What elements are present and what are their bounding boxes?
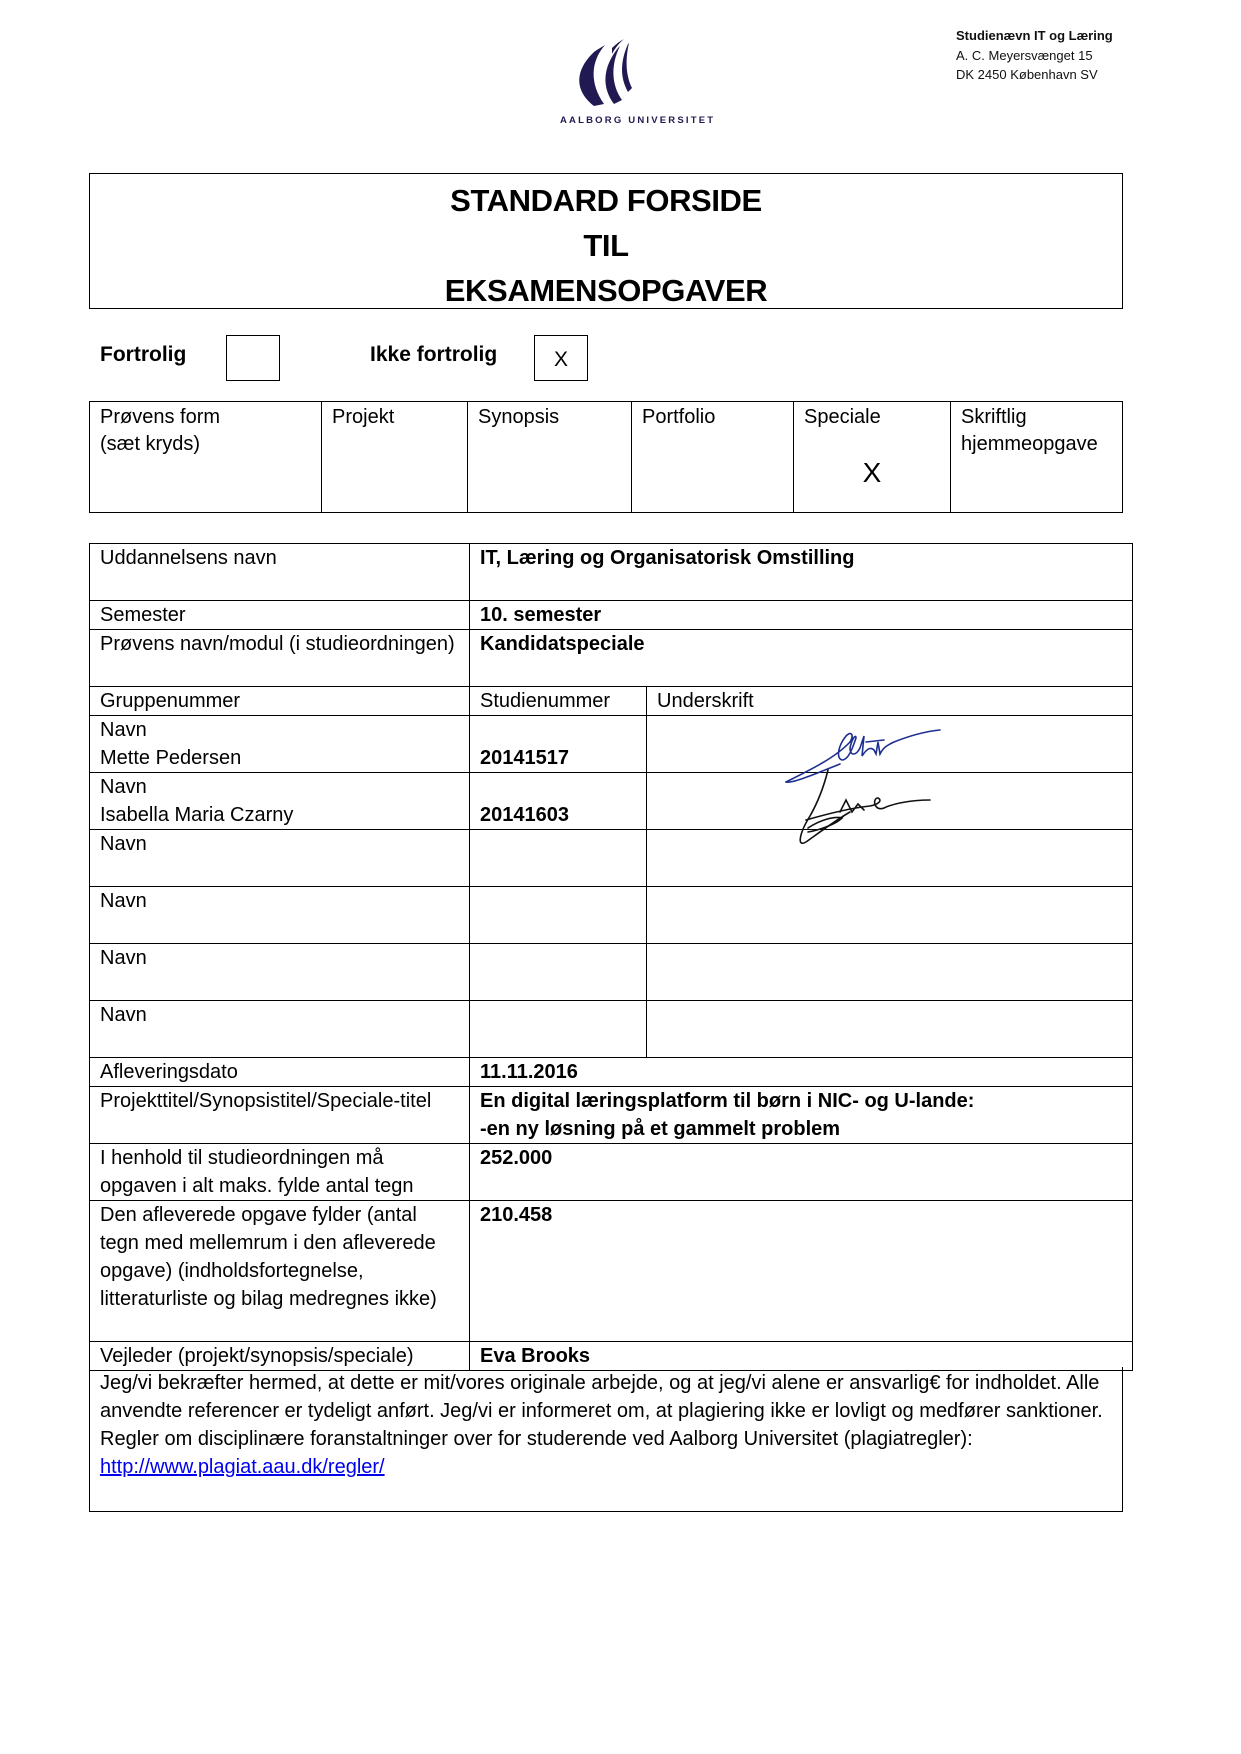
address-line: DK 2450 København SV (956, 65, 1113, 85)
thesis-title-line: En digital læringsplatform til børn i NI… (480, 1087, 1122, 1115)
student-name: Isabella Maria Czarny (100, 801, 459, 829)
student-row: Navn Isabella Maria Czarny 20141603 (90, 773, 1133, 830)
not-confidential-checkbox[interactable]: X (534, 335, 588, 381)
title-box: STANDARD FORSIDE TIL EKSAMENSOPGAVER (89, 173, 1123, 309)
student-row: Navn (90, 887, 1133, 944)
title-line: EKSAMENSOPGAVER (90, 268, 1122, 313)
not-confidential-label: Ikke fortrolig (370, 343, 497, 367)
university-wordmark: AALBORG UNIVERSITET (560, 115, 690, 126)
table-row: I henhold til studieordningen må opgaven… (90, 1144, 1133, 1201)
statement-text: Jeg/vi bekræfter hermed, at dette er mit… (100, 1372, 1103, 1450)
thesis-title-label: Projekttitel/Synopsistitel/Speciale-tite… (90, 1087, 470, 1144)
thesis-title-line: -en ny løsning på et gammelt problem (480, 1115, 1122, 1143)
student-name-cell[interactable]: Navn (90, 944, 470, 1001)
table-row: Uddannelsens navn IT, Læring og Organisa… (90, 544, 1133, 601)
submission-date-label: Afleveringsdato (90, 1058, 470, 1087)
student-row: Navn (90, 830, 1133, 887)
signature-cell[interactable] (647, 773, 1133, 830)
student-number[interactable]: 20141603 (470, 773, 647, 830)
table-row: Projekttitel/Synopsistitel/Speciale-tite… (90, 1087, 1133, 1144)
signature-cell[interactable] (647, 887, 1133, 944)
student-number[interactable] (470, 830, 647, 887)
semester-label: Semester (90, 601, 470, 630)
table-row: Semester 10. semester (90, 601, 1133, 630)
student-row: Navn (90, 944, 1133, 1001)
student-number[interactable] (470, 887, 647, 944)
exam-form-option-skriftlig-hjemmeopgave[interactable]: Skriftlig hjemmeopgave (951, 402, 1123, 513)
exam-form-option-synopsis[interactable]: Synopsis (468, 402, 632, 513)
name-label: Navn (100, 716, 459, 744)
thesis-title-value[interactable]: En digital læringsplatform til børn i NI… (470, 1087, 1133, 1144)
signature-header: Underskrift (647, 687, 1133, 716)
student-row: Navn Mette Pedersen 20141517 (90, 716, 1133, 773)
address-block: Studienævn IT og Læring A. C. Meyersvæng… (956, 26, 1113, 85)
actual-chars-value[interactable]: 210.458 (470, 1201, 1133, 1342)
actual-chars-label: Den afleverede opgave fylder (antal tegn… (90, 1201, 470, 1342)
student-number-header: Studienummer (470, 687, 647, 716)
name-label: Navn (100, 887, 459, 915)
student-name-cell[interactable]: Navn Mette Pedersen (90, 716, 470, 773)
submission-date-value[interactable]: 11.11.2016 (470, 1058, 1133, 1087)
title-line: STANDARD FORSIDE (90, 174, 1122, 223)
option-label: Skriftlig hjemmeopgave (961, 406, 1098, 455)
signature-cell[interactable] (647, 716, 1133, 773)
name-label: Navn (100, 773, 459, 801)
education-value[interactable]: IT, Læring og Organisatorisk Omstilling (470, 544, 1133, 601)
max-chars-label: I henhold til studieordningen må opgaven… (90, 1144, 470, 1201)
exam-form-option-projekt[interactable]: Projekt (322, 402, 468, 513)
option-label: Portfolio (642, 406, 715, 428)
name-label: Navn (100, 830, 459, 858)
confidential-checkbox[interactable] (226, 335, 280, 381)
signature-cell[interactable] (647, 830, 1133, 887)
table-row: Den afleverede opgave fylder (antal tegn… (90, 1201, 1133, 1342)
student-number[interactable] (470, 944, 647, 1001)
exam-form-option-portfolio[interactable]: Portfolio (632, 402, 794, 513)
student-name-cell[interactable]: Navn Isabella Maria Czarny (90, 773, 470, 830)
table-row: Gruppenummer Studienummer Underskrift (90, 687, 1133, 716)
signature-cell[interactable] (647, 944, 1133, 1001)
student-name: Mette Pedersen (100, 744, 459, 772)
signature-cell[interactable] (647, 1001, 1133, 1058)
max-chars-value[interactable]: 252.000 (470, 1144, 1133, 1201)
exam-form-table: Prøvens form (sæt kryds) Projekt Synopsi… (89, 401, 1123, 513)
aau-wave-logo-icon (572, 38, 672, 110)
option-label: Synopsis (478, 406, 559, 428)
exam-form-option-speciale[interactable]: Speciale X (794, 402, 951, 513)
confidential-label: Fortrolig (100, 343, 186, 367)
student-number[interactable]: 20141517 (470, 716, 647, 773)
table-row: Afleveringsdato 11.11.2016 (90, 1058, 1133, 1087)
plagiarism-rules-link[interactable]: http://www.plagiat.aau.dk/regler/ (100, 1456, 385, 1478)
option-label: Speciale (804, 406, 881, 428)
module-label: Prøvens navn/modul (i studieordningen) (90, 630, 470, 687)
student-number[interactable] (470, 1001, 647, 1058)
student-name-cell[interactable]: Navn (90, 830, 470, 887)
student-name-cell[interactable]: Navn (90, 887, 470, 944)
module-value[interactable]: Kandidatspeciale (470, 630, 1133, 687)
student-name-cell[interactable]: Navn (90, 1001, 470, 1058)
plagiarism-statement: Jeg/vi bekræfter hermed, at dette er mit… (89, 1367, 1123, 1512)
university-logo: AALBORG UNIVERSITET (560, 38, 690, 130)
exam-details-table: Uddannelsens navn IT, Læring og Organisa… (89, 543, 1133, 1371)
address-line: Studienævn IT og Læring (956, 26, 1113, 46)
table-row: Prøvens navn/modul (i studieordningen) K… (90, 630, 1133, 687)
option-mark: X (794, 459, 950, 486)
semester-value[interactable]: 10. semester (470, 601, 1133, 630)
group-label: Gruppenummer (90, 687, 470, 716)
student-row: Navn (90, 1001, 1133, 1058)
education-label: Uddannelsens navn (90, 544, 470, 601)
option-label: Projekt (332, 406, 394, 428)
name-label: Navn (100, 1001, 459, 1029)
title-line: TIL (90, 223, 1122, 268)
exam-form-label: Prøvens form (sæt kryds) (90, 402, 322, 513)
address-line: A. C. Meyersvænget 15 (956, 46, 1113, 66)
name-label: Navn (100, 944, 459, 972)
